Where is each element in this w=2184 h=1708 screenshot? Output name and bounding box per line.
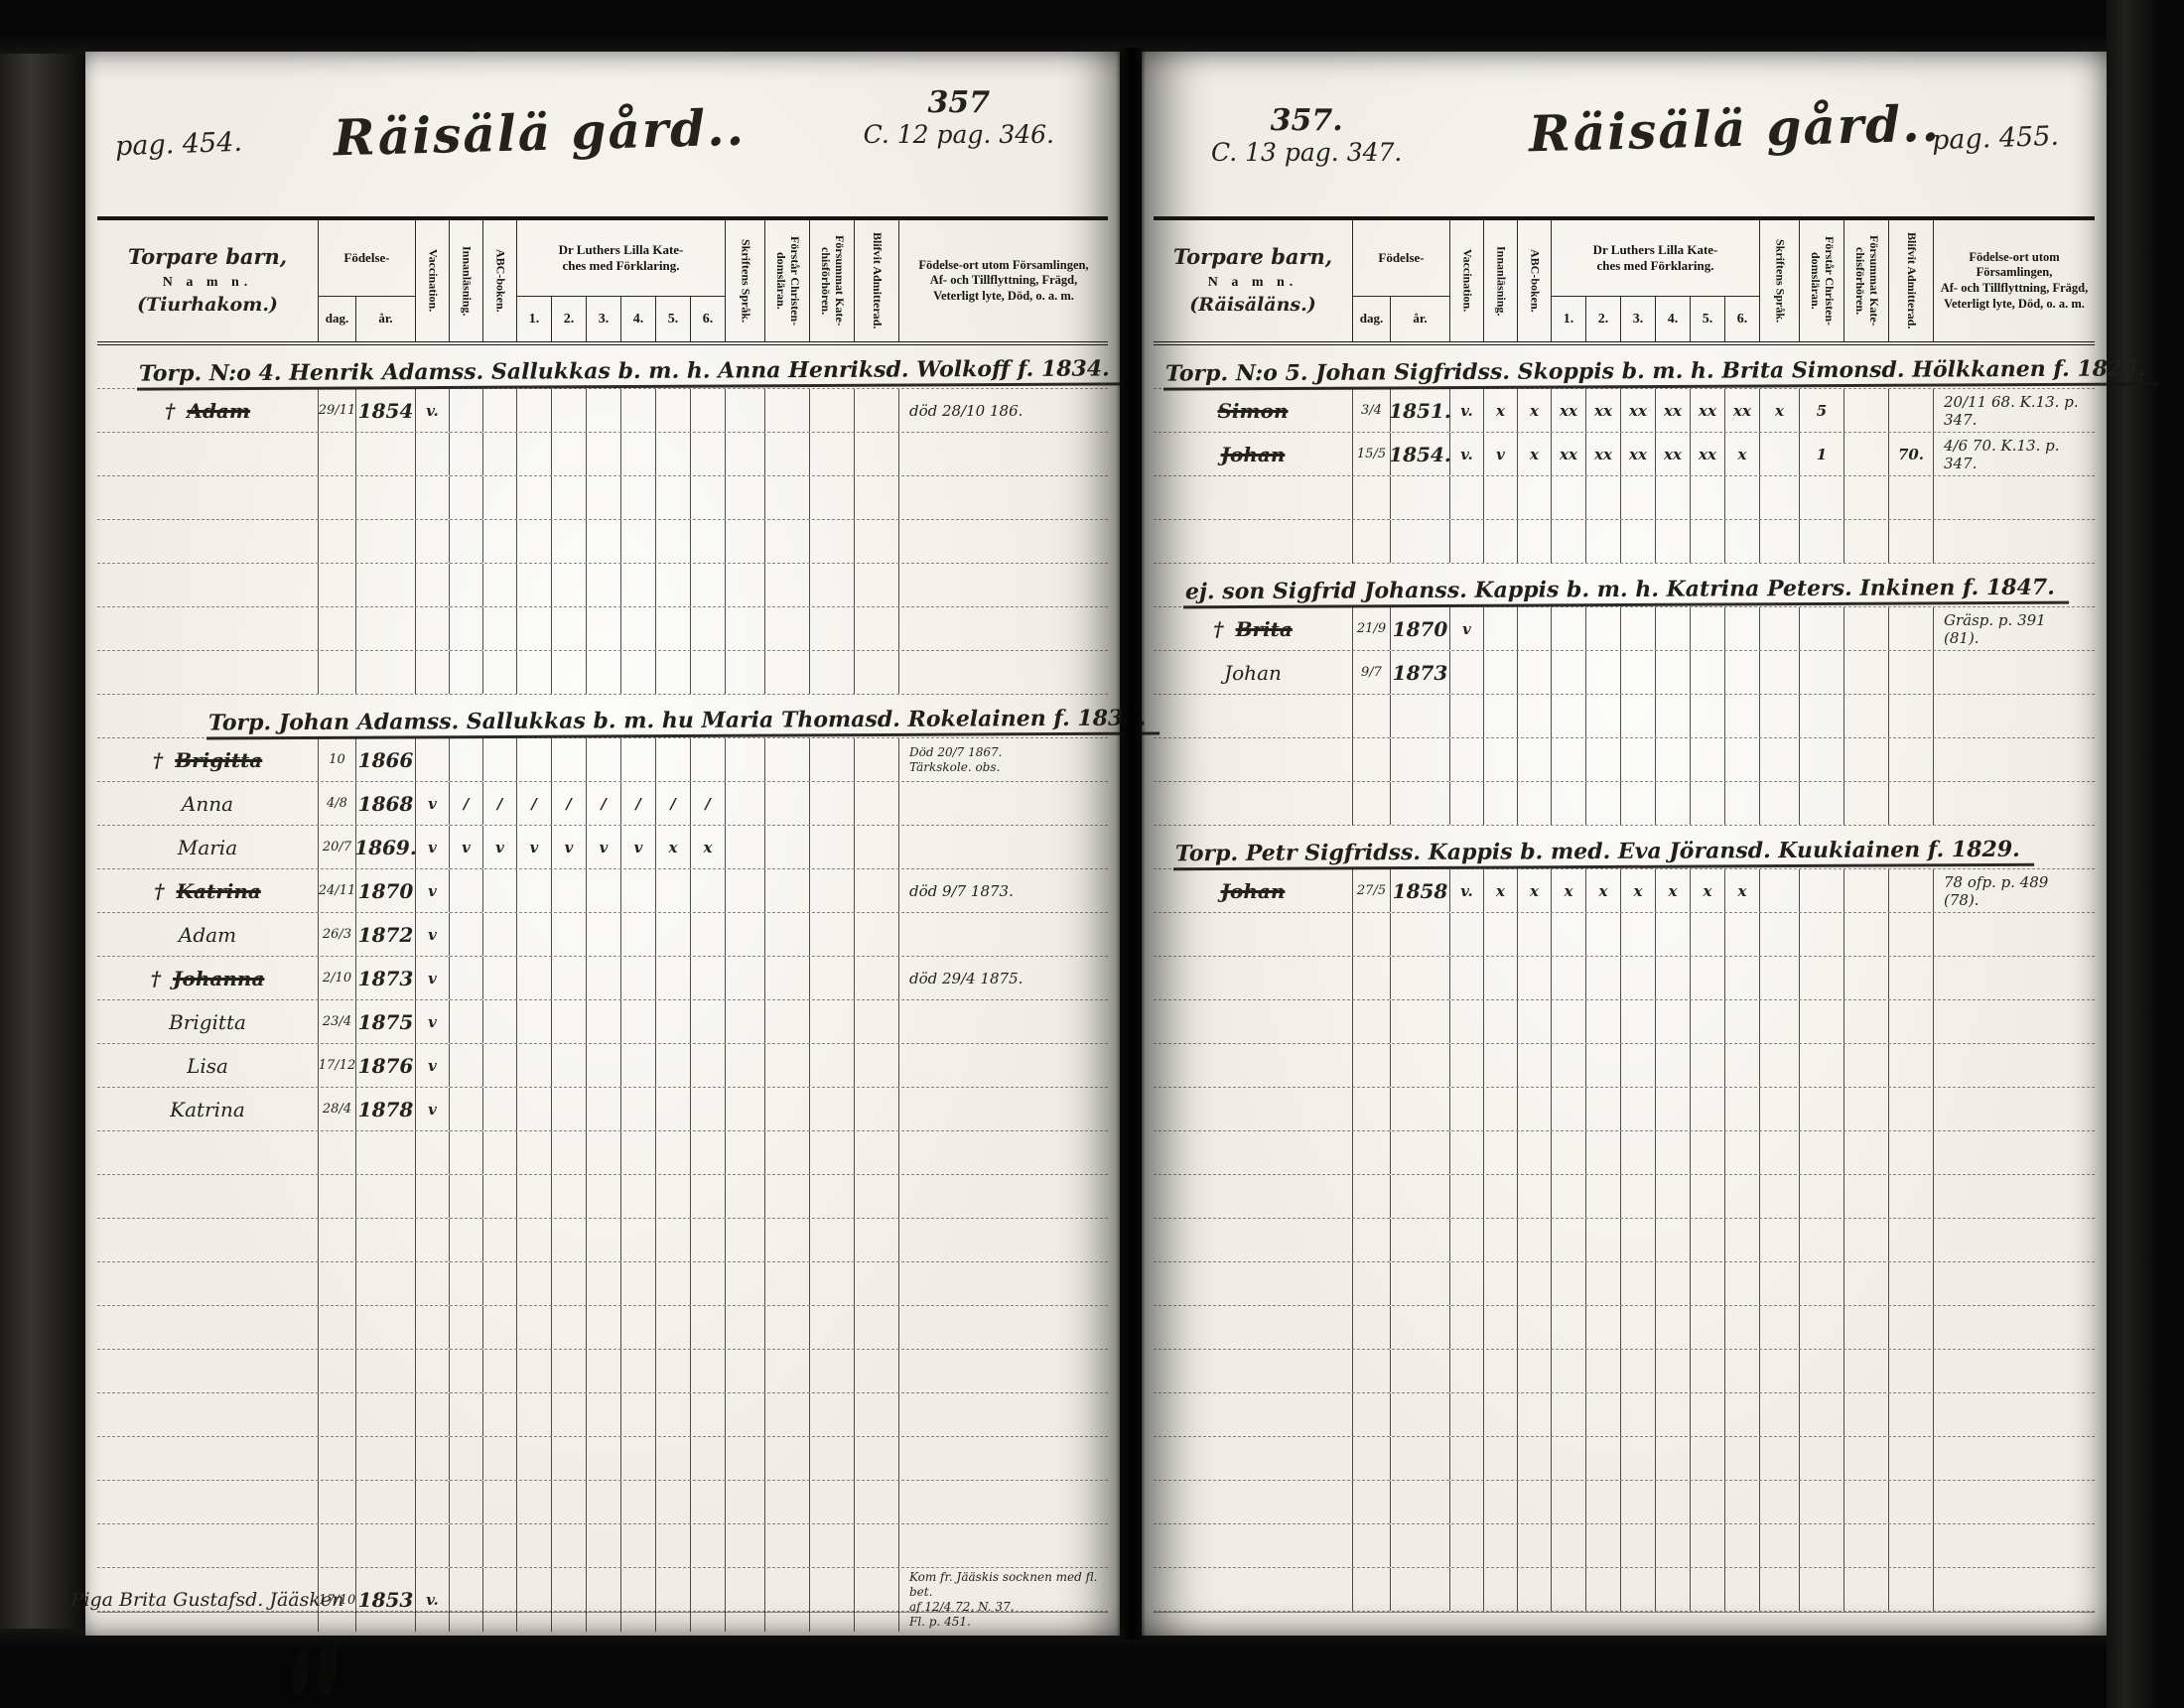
cell-kateches-2 bbox=[1585, 695, 1620, 737]
cell-birth-year bbox=[355, 564, 415, 606]
remark-text: Gräsp. p. 391 (81). bbox=[1934, 609, 2095, 649]
cell-kateches-1 bbox=[1551, 651, 1585, 694]
cell-birth-day bbox=[318, 433, 355, 475]
cell-birth-year bbox=[355, 607, 415, 650]
cell-birth-year bbox=[1390, 476, 1449, 519]
cell-forsummat bbox=[809, 433, 854, 475]
remark-text: Död 20/7 1867. Tärkskole. obs. bbox=[899, 743, 1012, 777]
cell-kateches-3 bbox=[586, 1262, 620, 1305]
birth-year-value: 1869. bbox=[354, 836, 417, 859]
cell-abc bbox=[482, 1131, 516, 1174]
cell-kateches-4 bbox=[620, 1262, 655, 1305]
cell-birth-year bbox=[1390, 1437, 1449, 1480]
mark-value: v bbox=[428, 926, 437, 944]
cell-vaccination bbox=[1449, 651, 1483, 694]
mark-value: x bbox=[1704, 882, 1712, 900]
catechism-col-6: 6. bbox=[1724, 296, 1759, 341]
cell-kateches-5 bbox=[655, 1088, 690, 1130]
person-name: Katrina bbox=[177, 879, 261, 903]
cell-admitterad bbox=[1888, 520, 1933, 563]
cell-forsummat bbox=[1843, 1568, 1888, 1611]
cell-remarks bbox=[1933, 1437, 2095, 1480]
mark-value: / bbox=[566, 795, 571, 813]
cell-kateches-6 bbox=[1724, 1131, 1759, 1174]
cell-kateches-5 bbox=[1690, 1437, 1724, 1480]
cell-kateches-5 bbox=[1690, 1131, 1724, 1174]
table-row: †Adam29/111854v.död 28/10 186. bbox=[97, 389, 1108, 433]
cell-kateches-6 bbox=[1724, 1175, 1759, 1218]
cell-abc bbox=[1517, 520, 1551, 563]
birth-year-value: 1873 bbox=[1393, 661, 1448, 685]
cell-admitterad bbox=[1888, 913, 1933, 956]
cell-kateches-4 bbox=[1655, 1175, 1690, 1218]
cell-name bbox=[1154, 1568, 1352, 1611]
cell-name bbox=[1154, 913, 1352, 956]
cell-name bbox=[1154, 1350, 1352, 1392]
cross-reference-page: C. 12 pag. 346. bbox=[864, 120, 1054, 149]
book-binding-gutter bbox=[1116, 48, 1146, 1640]
cell-kateches-3 bbox=[586, 1350, 620, 1392]
cell-kateches-4 bbox=[620, 389, 655, 432]
cell-forsummat bbox=[1843, 1306, 1888, 1349]
cell-admitterad bbox=[1888, 782, 1933, 825]
catechism-col-3: 3. bbox=[1620, 296, 1655, 341]
cell-birth-year bbox=[355, 1393, 415, 1436]
catechism-col-1: 1. bbox=[516, 296, 551, 341]
mark-value: xx bbox=[1594, 402, 1612, 420]
cell-birth-day bbox=[1352, 738, 1390, 781]
cell-birth-day bbox=[318, 1437, 355, 1480]
mark-value: x bbox=[1599, 882, 1608, 900]
cell-kateches-3 bbox=[586, 564, 620, 606]
cell-abc bbox=[482, 1219, 516, 1261]
cell-kateches-5 bbox=[1690, 1568, 1724, 1611]
cell-birth-day bbox=[318, 1524, 355, 1567]
cell-vaccination bbox=[1449, 1437, 1483, 1480]
cell-forsummat bbox=[1843, 1175, 1888, 1218]
cell-admitterad bbox=[854, 1306, 898, 1349]
cell-kateches-1: / bbox=[516, 782, 551, 825]
cell-vaccination bbox=[415, 607, 449, 650]
cell-kateches-5 bbox=[1690, 476, 1724, 519]
blank-row bbox=[1154, 738, 2095, 782]
mark-value: x bbox=[1634, 882, 1643, 900]
cell-forsummat bbox=[809, 1481, 854, 1523]
birth-day-value: 24/11 bbox=[319, 884, 355, 897]
cell-name bbox=[1154, 1219, 1352, 1261]
cell-kateches-6 bbox=[1724, 1437, 1759, 1480]
person-name: Anna bbox=[182, 792, 233, 816]
cell-abc bbox=[1517, 1219, 1551, 1261]
cell-kateches-4 bbox=[620, 1524, 655, 1567]
cell-forsummat bbox=[1843, 1524, 1888, 1567]
cell-abc bbox=[482, 1044, 516, 1087]
cell-innanlasning bbox=[449, 1393, 482, 1436]
cell-birth-day bbox=[1352, 695, 1390, 737]
cell-forstar bbox=[764, 1437, 809, 1480]
cell-kateches-5 bbox=[655, 1044, 690, 1087]
cell-forstar: 1 bbox=[1799, 433, 1843, 475]
cell-kateches-3 bbox=[1620, 913, 1655, 956]
cell-kateches-1 bbox=[516, 1350, 551, 1392]
birth-year-value: 1876 bbox=[358, 1054, 414, 1078]
cell-kateches-5 bbox=[655, 433, 690, 475]
cell-kateches-2 bbox=[1585, 738, 1620, 781]
cell-kateches-3 bbox=[1620, 1131, 1655, 1174]
cell-birth-year bbox=[355, 1437, 415, 1480]
cell-kateches-2 bbox=[551, 1393, 586, 1436]
person-name: Brigitta bbox=[169, 1010, 246, 1034]
column-header-name: Torpare barn, N a m n. (Tiurhakom.) bbox=[97, 220, 318, 341]
cell-sprak bbox=[1759, 957, 1799, 999]
cell-kateches-3 bbox=[1620, 782, 1655, 825]
cell-kateches-1 bbox=[1551, 1306, 1585, 1349]
cell-kateches-6 bbox=[1724, 738, 1759, 781]
cell-kateches-3 bbox=[586, 738, 620, 781]
cell-kateches-4 bbox=[1655, 476, 1690, 519]
cell-kateches-4 bbox=[620, 957, 655, 999]
mark-value: xx bbox=[1699, 402, 1716, 420]
cell-kateches-2: / bbox=[551, 782, 586, 825]
cell-birth-year bbox=[1390, 1088, 1449, 1130]
cell-forstar bbox=[764, 869, 809, 912]
family-header-text: Torp. Johan Adamss. Sallukkas b. m. hu M… bbox=[206, 705, 1160, 739]
cell-sprak bbox=[725, 1175, 764, 1218]
table-row: †Brita21/91870vGräsp. p. 391 (81). bbox=[1154, 607, 2095, 651]
mark-value: v bbox=[1496, 446, 1505, 463]
cell-kateches-4: xx bbox=[1655, 433, 1690, 475]
cell-kateches-6 bbox=[690, 1000, 725, 1043]
register-page-left: pag. 454. Räisälä gård.. 357 C. 12 pag. … bbox=[85, 52, 1120, 1636]
cell-innanlasning bbox=[1483, 1481, 1517, 1523]
cell-name bbox=[97, 1350, 318, 1392]
cell-kateches-3 bbox=[586, 869, 620, 912]
cell-remarks bbox=[1933, 1131, 2095, 1174]
cell-admitterad bbox=[1888, 1306, 1933, 1349]
birth-day-value: 10 bbox=[329, 753, 345, 766]
cell-admitterad bbox=[1888, 1393, 1933, 1436]
cell-birth-year bbox=[1390, 1044, 1449, 1087]
cell-forsummat bbox=[1843, 389, 1888, 432]
cell-kateches-2 bbox=[1585, 1481, 1620, 1523]
cell-kateches-1: xx bbox=[1551, 389, 1585, 432]
cell-remarks bbox=[898, 1000, 1108, 1043]
blank-row bbox=[1154, 1219, 2095, 1262]
cell-sprak bbox=[1759, 433, 1799, 475]
cell-birth-day bbox=[1352, 1568, 1390, 1611]
cell-innanlasning bbox=[449, 1481, 482, 1523]
cell-kateches-4 bbox=[1655, 1088, 1690, 1130]
cell-forsummat bbox=[1843, 476, 1888, 519]
cell-name: †Katrina bbox=[97, 869, 318, 912]
cell-forsummat bbox=[809, 1262, 854, 1305]
cell-kateches-5 bbox=[655, 1437, 690, 1480]
cell-innanlasning bbox=[1483, 1437, 1517, 1480]
cell-kateches-3 bbox=[586, 1524, 620, 1567]
cell-admitterad bbox=[854, 520, 898, 563]
cell-admitterad bbox=[1888, 957, 1933, 999]
cell-forstar bbox=[1799, 1350, 1843, 1392]
cell-forstar bbox=[1799, 651, 1843, 694]
cell-birth-day bbox=[1352, 1481, 1390, 1523]
cell-abc bbox=[1517, 1131, 1551, 1174]
page-number: pag. 454. bbox=[114, 127, 242, 162]
cell-kateches-4 bbox=[1655, 738, 1690, 781]
mark-value: x bbox=[704, 839, 713, 856]
cell-vaccination bbox=[1449, 1219, 1483, 1261]
table-body: Torp. N:o 4. Henrik Adamss. Sallukkas b.… bbox=[97, 345, 1108, 1613]
cell-forstar bbox=[764, 1219, 809, 1261]
cell-sprak bbox=[1759, 1306, 1799, 1349]
cell-sprak bbox=[725, 564, 764, 606]
cell-name: Brigitta bbox=[97, 1000, 318, 1043]
cell-kateches-1 bbox=[1551, 782, 1585, 825]
cell-birth-year: 1876 bbox=[355, 1044, 415, 1087]
cell-admitterad bbox=[1888, 476, 1933, 519]
cell-kateches-3 bbox=[586, 1437, 620, 1480]
cell-kateches-3 bbox=[586, 651, 620, 694]
decor bbox=[290, 1648, 312, 1696]
cell-birth-day bbox=[1352, 1437, 1390, 1480]
missed-label: Försummat Kate­chisförhören. bbox=[818, 223, 846, 338]
cell-kateches-6 bbox=[1724, 1306, 1759, 1349]
cell-abc bbox=[1517, 913, 1551, 956]
cell-kateches-4 bbox=[620, 1000, 655, 1043]
cell-birth-day bbox=[318, 1131, 355, 1174]
person-name: Johan bbox=[1221, 443, 1286, 466]
cell-kateches-3: v bbox=[586, 826, 620, 868]
cell-kateches-5 bbox=[655, 1131, 690, 1174]
column-header-abc: ABC-boken. bbox=[482, 220, 516, 341]
blank-row bbox=[1154, 1175, 2095, 1219]
cell-sprak bbox=[725, 433, 764, 475]
cell-kateches-3 bbox=[586, 389, 620, 432]
cell-kateches-2 bbox=[551, 1568, 586, 1632]
cell-forstar bbox=[764, 1306, 809, 1349]
cell-birth-day: 2/10 bbox=[318, 957, 355, 999]
cell-kateches-6 bbox=[1724, 607, 1759, 650]
cell-kateches-2 bbox=[1585, 957, 1620, 999]
cell-forstar bbox=[1799, 869, 1843, 912]
cell-birth-day bbox=[1352, 1393, 1390, 1436]
cell-kateches-1 bbox=[516, 564, 551, 606]
catechism-col-4: 4. bbox=[1655, 296, 1690, 341]
cell-forsummat bbox=[1843, 607, 1888, 650]
cell-admitterad bbox=[854, 738, 898, 781]
cell-kateches-2 bbox=[551, 607, 586, 650]
cell-kateches-6 bbox=[1724, 1524, 1759, 1567]
cell-sprak bbox=[1759, 1393, 1799, 1436]
cell-kateches-4 bbox=[1655, 1044, 1690, 1087]
mark-value: v bbox=[428, 970, 437, 987]
cell-admitterad bbox=[1888, 1568, 1933, 1611]
cell-kateches-3: xx bbox=[1620, 433, 1655, 475]
cell-name bbox=[1154, 1175, 1352, 1218]
cell-vaccination: v bbox=[415, 826, 449, 868]
person-name: Katrina bbox=[170, 1098, 245, 1121]
cell-forsummat bbox=[809, 1437, 854, 1480]
cell-sprak bbox=[725, 1524, 764, 1567]
family-header-text: Torp. N:o 5. Johan Sigfridss. Skoppis b.… bbox=[1163, 355, 2159, 390]
cell-kateches-1 bbox=[516, 651, 551, 694]
cell-abc bbox=[1517, 782, 1551, 825]
cell-innanlasning bbox=[1483, 1568, 1517, 1611]
cell-abc bbox=[1517, 1524, 1551, 1567]
cell-remarks: Kom fr. Jääskis socknen med fl. bet. af … bbox=[898, 1568, 1108, 1632]
cell-remarks bbox=[1933, 1000, 2095, 1043]
cell-admitterad bbox=[854, 476, 898, 519]
cell-name bbox=[1154, 1131, 1352, 1174]
cell-kateches-6 bbox=[690, 433, 725, 475]
cell-remarks: Gräsp. p. 391 (81). bbox=[1933, 607, 2095, 650]
cell-kateches-3 bbox=[1620, 476, 1655, 519]
cell-forsummat bbox=[809, 1088, 854, 1130]
cell-kateches-3 bbox=[1620, 1000, 1655, 1043]
cell-admitterad bbox=[854, 1262, 898, 1305]
cell-kateches-1 bbox=[1551, 695, 1585, 737]
cell-kateches-1 bbox=[516, 1393, 551, 1436]
cell-kateches-1 bbox=[1551, 913, 1585, 956]
cell-kateches-5 bbox=[655, 1000, 690, 1043]
birth-year-value: 1870 bbox=[358, 879, 414, 903]
cell-sprak bbox=[1759, 738, 1799, 781]
scan-border-left bbox=[0, 0, 87, 1708]
catechism-col-5: 5. bbox=[655, 296, 690, 341]
cell-innanlasning bbox=[1483, 957, 1517, 999]
cell-kateches-6 bbox=[690, 738, 725, 781]
cell-birth-day: 23/4 bbox=[318, 1000, 355, 1043]
cell-kateches-5 bbox=[655, 1568, 690, 1632]
cell-forstar bbox=[1799, 476, 1843, 519]
cell-sprak bbox=[725, 1481, 764, 1523]
cell-remarks bbox=[1933, 1219, 2095, 1261]
cell-innanlasning: / bbox=[449, 782, 482, 825]
cell-abc bbox=[1517, 651, 1551, 694]
birth-day-value: 20/7 bbox=[323, 841, 351, 854]
cell-kateches-6 bbox=[1724, 476, 1759, 519]
blank-row bbox=[97, 564, 1108, 607]
table-header: Torpare barn, N a m n. (Tiurhakom.) Föde… bbox=[97, 220, 1108, 345]
cell-kateches-6 bbox=[1724, 957, 1759, 999]
cell-sprak bbox=[725, 1219, 764, 1261]
cell-innanlasning bbox=[1483, 1219, 1517, 1261]
cell-sprak bbox=[725, 607, 764, 650]
understands-label: Förstår Christen­domsläran. bbox=[773, 223, 801, 338]
cell-kateches-3 bbox=[1620, 1393, 1655, 1436]
birth-day-value: 9/7 bbox=[1361, 666, 1382, 679]
cell-kateches-2 bbox=[551, 520, 586, 563]
column-header-name: Torpare barn, N a m n. (Räisäläns.) bbox=[1154, 220, 1352, 341]
cell-name bbox=[97, 1131, 318, 1174]
mark-value: / bbox=[705, 795, 710, 813]
cell-birth-day bbox=[318, 564, 355, 606]
cell-innanlasning bbox=[449, 869, 482, 912]
birth-day-value: 4/8 bbox=[327, 797, 347, 810]
name-header-printed: N a m n. bbox=[1208, 274, 1298, 292]
catechism-col-2: 2. bbox=[1585, 296, 1620, 341]
cell-birth-day: 17/10 bbox=[318, 1568, 355, 1632]
family-header-row: Torp. Johan Adamss. Sallukkas b. m. hu M… bbox=[97, 695, 1108, 738]
mark-value: / bbox=[497, 795, 502, 813]
cell-kateches-2 bbox=[1585, 1000, 1620, 1043]
page-annotations: 357. C. 13 pag. 347. Räisälä gård.. pag.… bbox=[1142, 52, 2107, 216]
cell-forstar bbox=[1799, 782, 1843, 825]
cell-kateches-3 bbox=[1620, 607, 1655, 650]
cell-birth-year: 1868 bbox=[355, 782, 415, 825]
cell-vaccination bbox=[415, 651, 449, 694]
cell-forstar bbox=[764, 1175, 809, 1218]
cell-remarks bbox=[1933, 1262, 2095, 1305]
cell-birth-day bbox=[1352, 476, 1390, 519]
cell-kateches-6 bbox=[1724, 1088, 1759, 1130]
cell-abc bbox=[1517, 1568, 1551, 1611]
cell-kateches-4 bbox=[620, 913, 655, 956]
cell-kateches-5 bbox=[655, 607, 690, 650]
cell-kateches-1 bbox=[516, 476, 551, 519]
cell-kateches-6: x bbox=[1724, 869, 1759, 912]
cell-sprak bbox=[1759, 1131, 1799, 1174]
cell-kateches-3: xx bbox=[1620, 389, 1655, 432]
cell-birth-year bbox=[1390, 1262, 1449, 1305]
mark-value: 5 bbox=[1817, 402, 1827, 420]
cell-abc bbox=[482, 520, 516, 563]
cell-kateches-2 bbox=[551, 564, 586, 606]
cell-kateches-1 bbox=[516, 738, 551, 781]
cell-name bbox=[1154, 1481, 1352, 1523]
catechism-col-3: 3. bbox=[586, 296, 620, 341]
cell-innanlasning bbox=[1483, 1088, 1517, 1130]
cell-birth-year: 1872 bbox=[355, 913, 415, 956]
table-row: Lisa17/121876v bbox=[97, 1044, 1108, 1088]
cell-kateches-5 bbox=[655, 1219, 690, 1261]
cell-innanlasning bbox=[449, 476, 482, 519]
cell-remarks: Död 20/7 1867. Tärkskole. obs. bbox=[898, 738, 1108, 781]
cell-kateches-3 bbox=[1620, 1568, 1655, 1611]
cell-birth-day bbox=[318, 1393, 355, 1436]
cell-name: Maria bbox=[97, 826, 318, 868]
cell-vaccination bbox=[1449, 1568, 1483, 1611]
cell-birth-year: 1873 bbox=[1390, 651, 1449, 694]
cell-kateches-4 bbox=[620, 476, 655, 519]
mark-value: xx bbox=[1699, 446, 1716, 463]
cell-kateches-5 bbox=[1690, 957, 1724, 999]
cell-sprak bbox=[725, 782, 764, 825]
cell-kateches-5 bbox=[1690, 651, 1724, 694]
cell-sprak bbox=[725, 1393, 764, 1436]
cell-forsummat bbox=[809, 826, 854, 868]
cell-kateches-3 bbox=[586, 1044, 620, 1087]
cell-forstar bbox=[1799, 1306, 1843, 1349]
cell-kateches-6 bbox=[690, 651, 725, 694]
cell-name bbox=[1154, 957, 1352, 999]
catechism-col-4: 4. bbox=[620, 296, 655, 341]
cell-name: Piga Brita Gustafsd. Jääsken bbox=[97, 1568, 318, 1632]
table-row: Johan9/71873 bbox=[1154, 651, 2095, 695]
cell-kateches-4 bbox=[620, 1044, 655, 1087]
cell-kateches-4 bbox=[1655, 1568, 1690, 1611]
cell-vaccination bbox=[415, 433, 449, 475]
cell-kateches-6 bbox=[1724, 651, 1759, 694]
cell-sprak bbox=[1759, 913, 1799, 956]
cell-kateches-6 bbox=[690, 476, 725, 519]
cell-remarks bbox=[1933, 1350, 2095, 1392]
cell-kateches-3 bbox=[586, 1175, 620, 1218]
cell-forstar bbox=[1799, 738, 1843, 781]
column-header-vaccination: Vaccination. bbox=[415, 220, 449, 341]
cell-admitterad bbox=[854, 913, 898, 956]
birth-day-value: 3/4 bbox=[1361, 404, 1382, 417]
table-row: Piga Brita Gustafsd. Jääsken17/101853v.K… bbox=[97, 1568, 1108, 1612]
